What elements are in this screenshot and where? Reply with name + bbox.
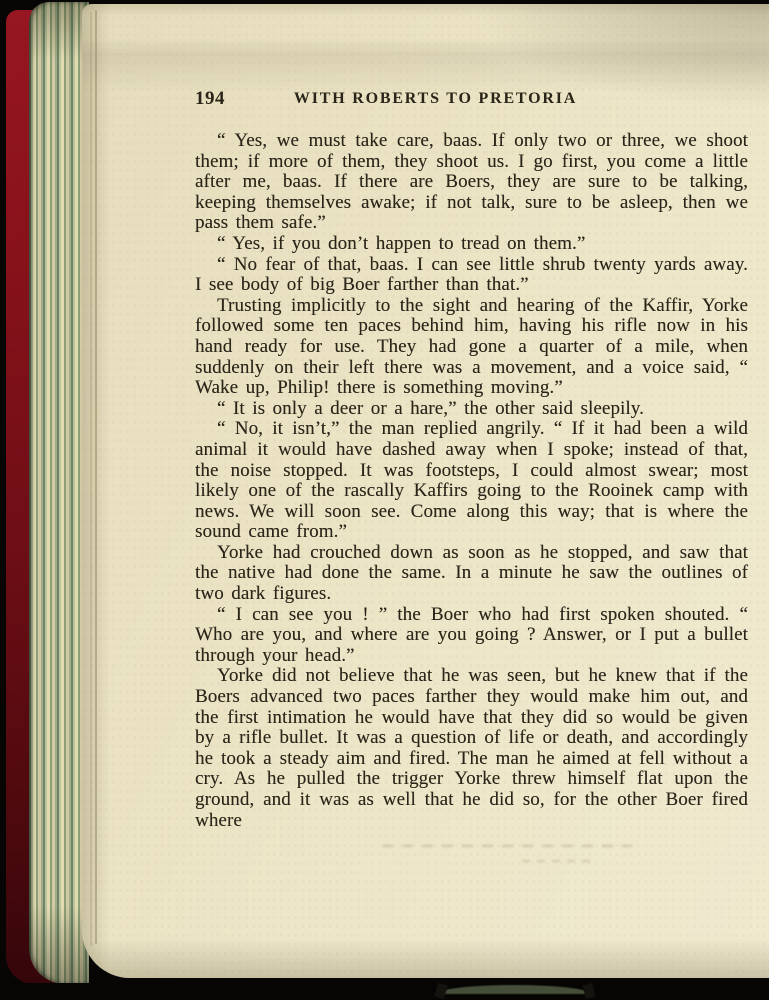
paragraph: “ No, it isn’t,” the man replied angrily…	[195, 419, 748, 543]
page-header: 194 WITH ROBERTS TO PRETORIA	[195, 88, 748, 112]
paragraph: Trusting implicitly to the sight and hea…	[195, 296, 748, 399]
paragraph: “ Yes, we must take care, baas. If only …	[195, 131, 748, 234]
underlying-page-edge	[95, 10, 97, 944]
paragraph: “ No fear of that, baas. I can see littl…	[195, 255, 748, 296]
printed-text-area: 194 WITH ROBERTS TO PRETORIA “ Yes, we m…	[195, 88, 748, 831]
paragraph: “ Yes, if you don’t happen to tread on t…	[195, 234, 748, 255]
paragraph: Yorke did not believe that he was seen, …	[195, 666, 748, 831]
book-page: 194 WITH ROBERTS TO PRETORIA “ Yes, we m…	[82, 4, 769, 978]
running-title: WITH ROBERTS TO PRETORIA	[195, 90, 676, 108]
paragraph: “ It is only a deer or a hare,” the othe…	[195, 399, 748, 420]
cradle-clip-icon	[582, 983, 595, 999]
paragraph: Yorke had crouched down as soon as he st…	[195, 543, 748, 605]
book-cradle-edge	[440, 985, 588, 994]
cradle-clip-icon	[434, 983, 448, 999]
ink-show-through-marks	[382, 842, 682, 870]
page-fore-edge-stack	[29, 2, 89, 984]
body-text: “ Yes, we must take care, baas. If only …	[195, 131, 748, 831]
paragraph: “ I can see you ! ” the Boer who had fir…	[195, 605, 748, 667]
scan-background-strip	[0, 983, 769, 1000]
